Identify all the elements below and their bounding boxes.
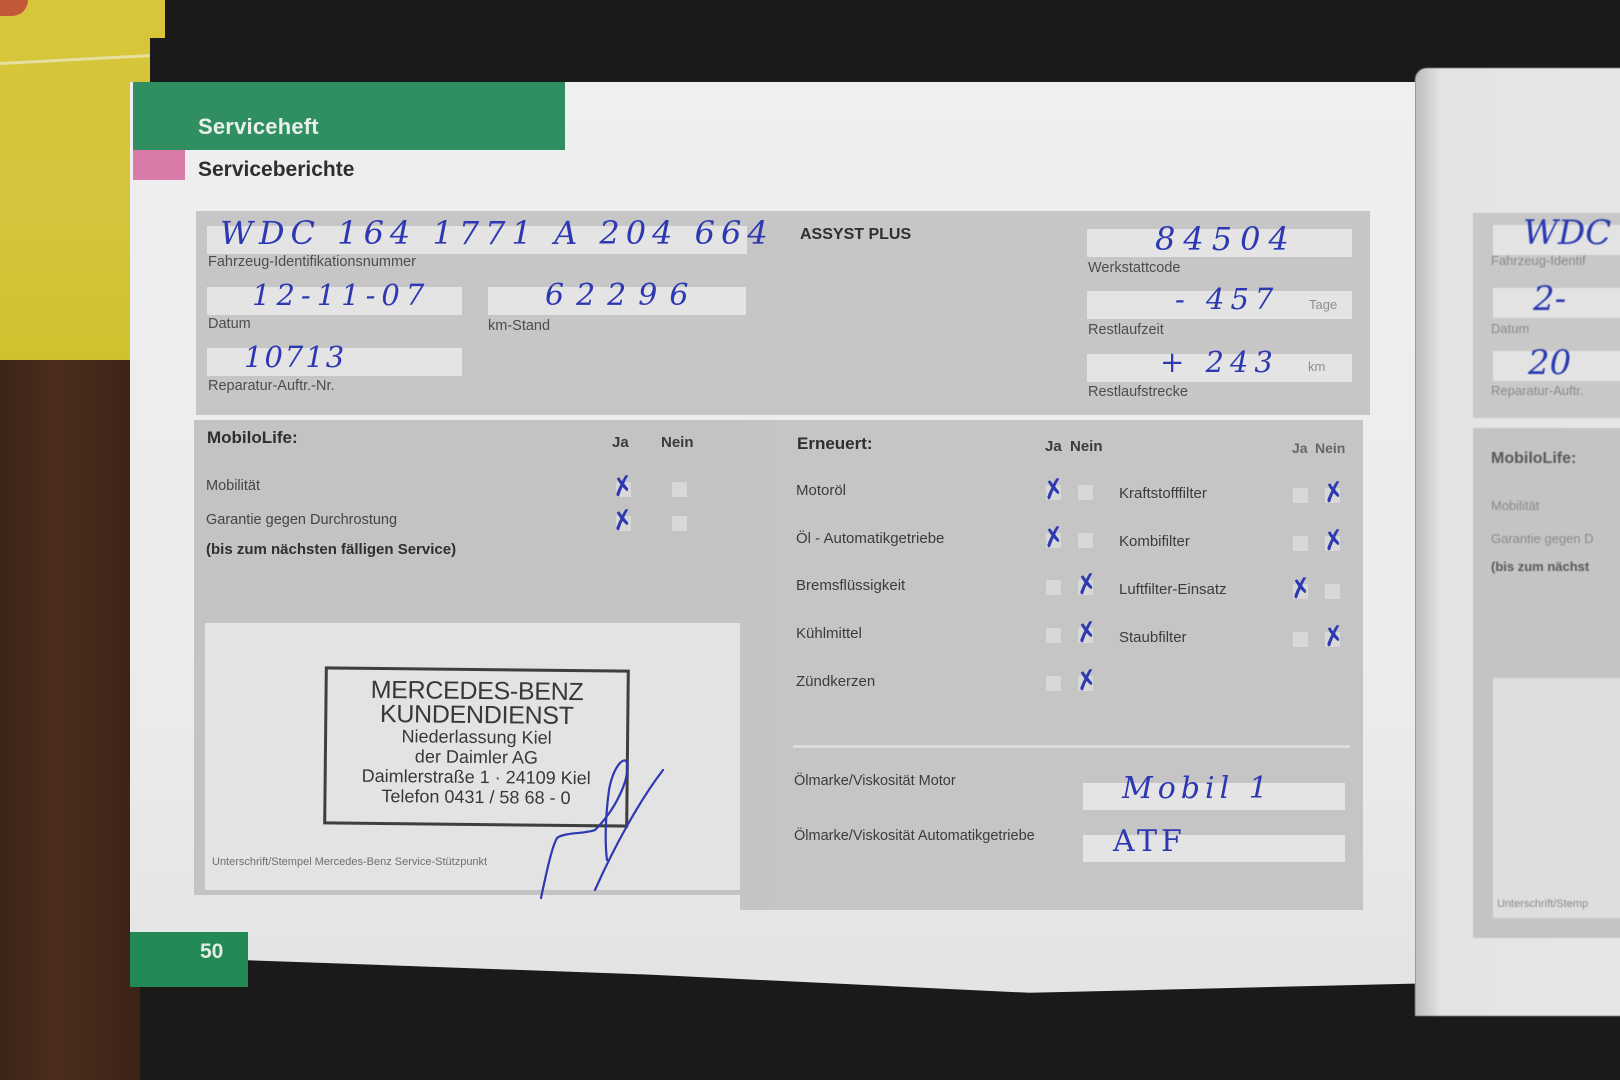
next-page-warranty: Garantie gegen D <box>1491 531 1594 546</box>
engine-oil-label: Ölmarke/Viskosität Motor <box>794 773 956 789</box>
renewed-no-checkbox[interactable] <box>1078 485 1093 500</box>
next-page-mobility: Mobilität <box>1491 498 1539 513</box>
renewed-yes-checkbox[interactable] <box>1293 488 1308 503</box>
date-value: 12-11-07 <box>252 278 430 312</box>
next-page-note: (bis zum nächst <box>1491 559 1589 574</box>
renewed-no-checkbox[interactable] <box>1078 533 1093 548</box>
transmission-oil-label: Ölmarke/Viskosität Automatikgetriebe <box>794 828 1035 844</box>
background-line <box>0 54 150 65</box>
renewed-yes-checkbox[interactable] <box>1046 628 1061 643</box>
engine-oil-value: Mobil 1 <box>1122 771 1273 806</box>
repair-order-label: Reparatur-Auftr.-Nr. <box>208 378 335 394</box>
vin-value: WDC 164 1771 A 204 664 <box>220 214 774 252</box>
renewed-col-no-right: Nein <box>1315 440 1345 456</box>
next-page-repair-label: Reparatur-Auftr. <box>1491 383 1584 398</box>
renewed-item-label: Staubfilter <box>1119 629 1187 646</box>
background-binder <box>150 38 1620 88</box>
remaining-time-value: - 457 <box>1175 282 1279 316</box>
background-decoration <box>0 0 28 16</box>
next-page-vin-value: WDC <box>1523 213 1611 253</box>
renewed-item-label: Zündkerzen <box>796 673 875 690</box>
mobilolife-no-checkbox[interactable] <box>672 516 687 531</box>
subsection-title: Serviceberichte <box>198 158 354 182</box>
section-divider <box>793 745 1350 748</box>
remaining-distance-value: + 243 <box>1160 345 1279 379</box>
renewed-item-label: Bremsflüssigkeit <box>796 577 905 594</box>
renewed-item-label: Öl - Automatikgetriebe <box>796 530 944 547</box>
next-page-caption: Unterschrift/Stemp <box>1497 898 1588 910</box>
transmission-oil-value: ATF <box>1113 824 1186 859</box>
assyst-title: ASSYST PLUS <box>800 226 911 244</box>
remaining-distance-label: Restlaufstrecke <box>1088 384 1188 400</box>
renewed-item-label: Kraftstofffilter <box>1119 485 1207 502</box>
renewed-yes-checkbox[interactable] <box>1046 580 1061 595</box>
mobilolife-title: MobiloLife: <box>207 428 298 448</box>
renewed-no-checkbox[interactable] <box>1325 584 1340 599</box>
renewed-col-no: Nein <box>1070 438 1103 455</box>
mobilolife-col-yes: Ja <box>612 434 629 451</box>
next-page: WDC Fahrzeug-Identif 2- Datum 20 Reparat… <box>1415 68 1620 1016</box>
repair-order-value: 10713 <box>244 340 346 374</box>
next-page-vehicle-panel: WDC Fahrzeug-Identif 2- Datum 20 Reparat… <box>1473 213 1620 418</box>
next-page-repair-value: 20 <box>1528 343 1571 383</box>
mobilolife-no-checkbox[interactable] <box>672 482 687 497</box>
renewed-col-yes-right: Ja <box>1292 440 1308 456</box>
renewed-item-label: Motoröl <box>796 482 846 499</box>
mileage-value: 62296 <box>545 278 700 313</box>
next-page-date-label: Datum <box>1491 321 1529 336</box>
next-page-mobilolife-title: MobiloLife: <box>1491 450 1576 468</box>
date-label: Datum <box>208 316 251 332</box>
mobilolife-note: (bis zum nächsten fälligen Service) <box>206 541 456 558</box>
next-page-mobilolife-panel: MobiloLife: Mobilität Garantie gegen D (… <box>1473 428 1620 938</box>
mobilolife-item-label: Mobilität <box>206 478 260 494</box>
workshop-code-label: Werkstattcode <box>1088 260 1180 276</box>
section-title: Serviceheft <box>198 114 319 140</box>
renewed-yes-checkbox[interactable] <box>1046 676 1061 691</box>
signature-icon <box>535 750 675 910</box>
renewed-title: Erneuert: <box>797 434 873 454</box>
mileage-label: km-Stand <box>488 318 550 334</box>
page-number: 50 <box>200 940 223 964</box>
signature-caption: Unterschrift/Stempel Mercedes-Benz Servi… <box>212 856 487 868</box>
mobilolife-item-label: Garantie gegen Durchrostung <box>206 512 397 528</box>
next-page-vin-label: Fahrzeug-Identif <box>1491 253 1586 268</box>
vin-label: Fahrzeug-Identifikationsnummer <box>208 254 416 270</box>
renewed-item-label: Kühlmittel <box>796 625 862 642</box>
subsection-marker <box>133 150 185 180</box>
renewed-item-label: Luftfilter-Einsatz <box>1119 581 1227 598</box>
remaining-distance-unit: km <box>1308 359 1325 374</box>
renewed-yes-checkbox[interactable] <box>1293 536 1308 551</box>
background-wood-table <box>0 360 140 1080</box>
remaining-time-unit: Tage <box>1309 297 1337 312</box>
renewed-item-label: Kombifilter <box>1119 533 1190 550</box>
next-page-date-value: 2- <box>1533 279 1566 319</box>
renewed-yes-checkbox[interactable] <box>1293 632 1308 647</box>
mobilolife-col-no: Nein <box>661 434 694 451</box>
remaining-time-label: Restlaufzeit <box>1088 322 1164 338</box>
next-page-signature-box: Unterschrift/Stemp <box>1493 678 1620 918</box>
page-number-band <box>130 932 248 987</box>
workshop-code-value: 84504 <box>1155 220 1297 258</box>
renewed-col-yes: Ja <box>1045 438 1062 455</box>
